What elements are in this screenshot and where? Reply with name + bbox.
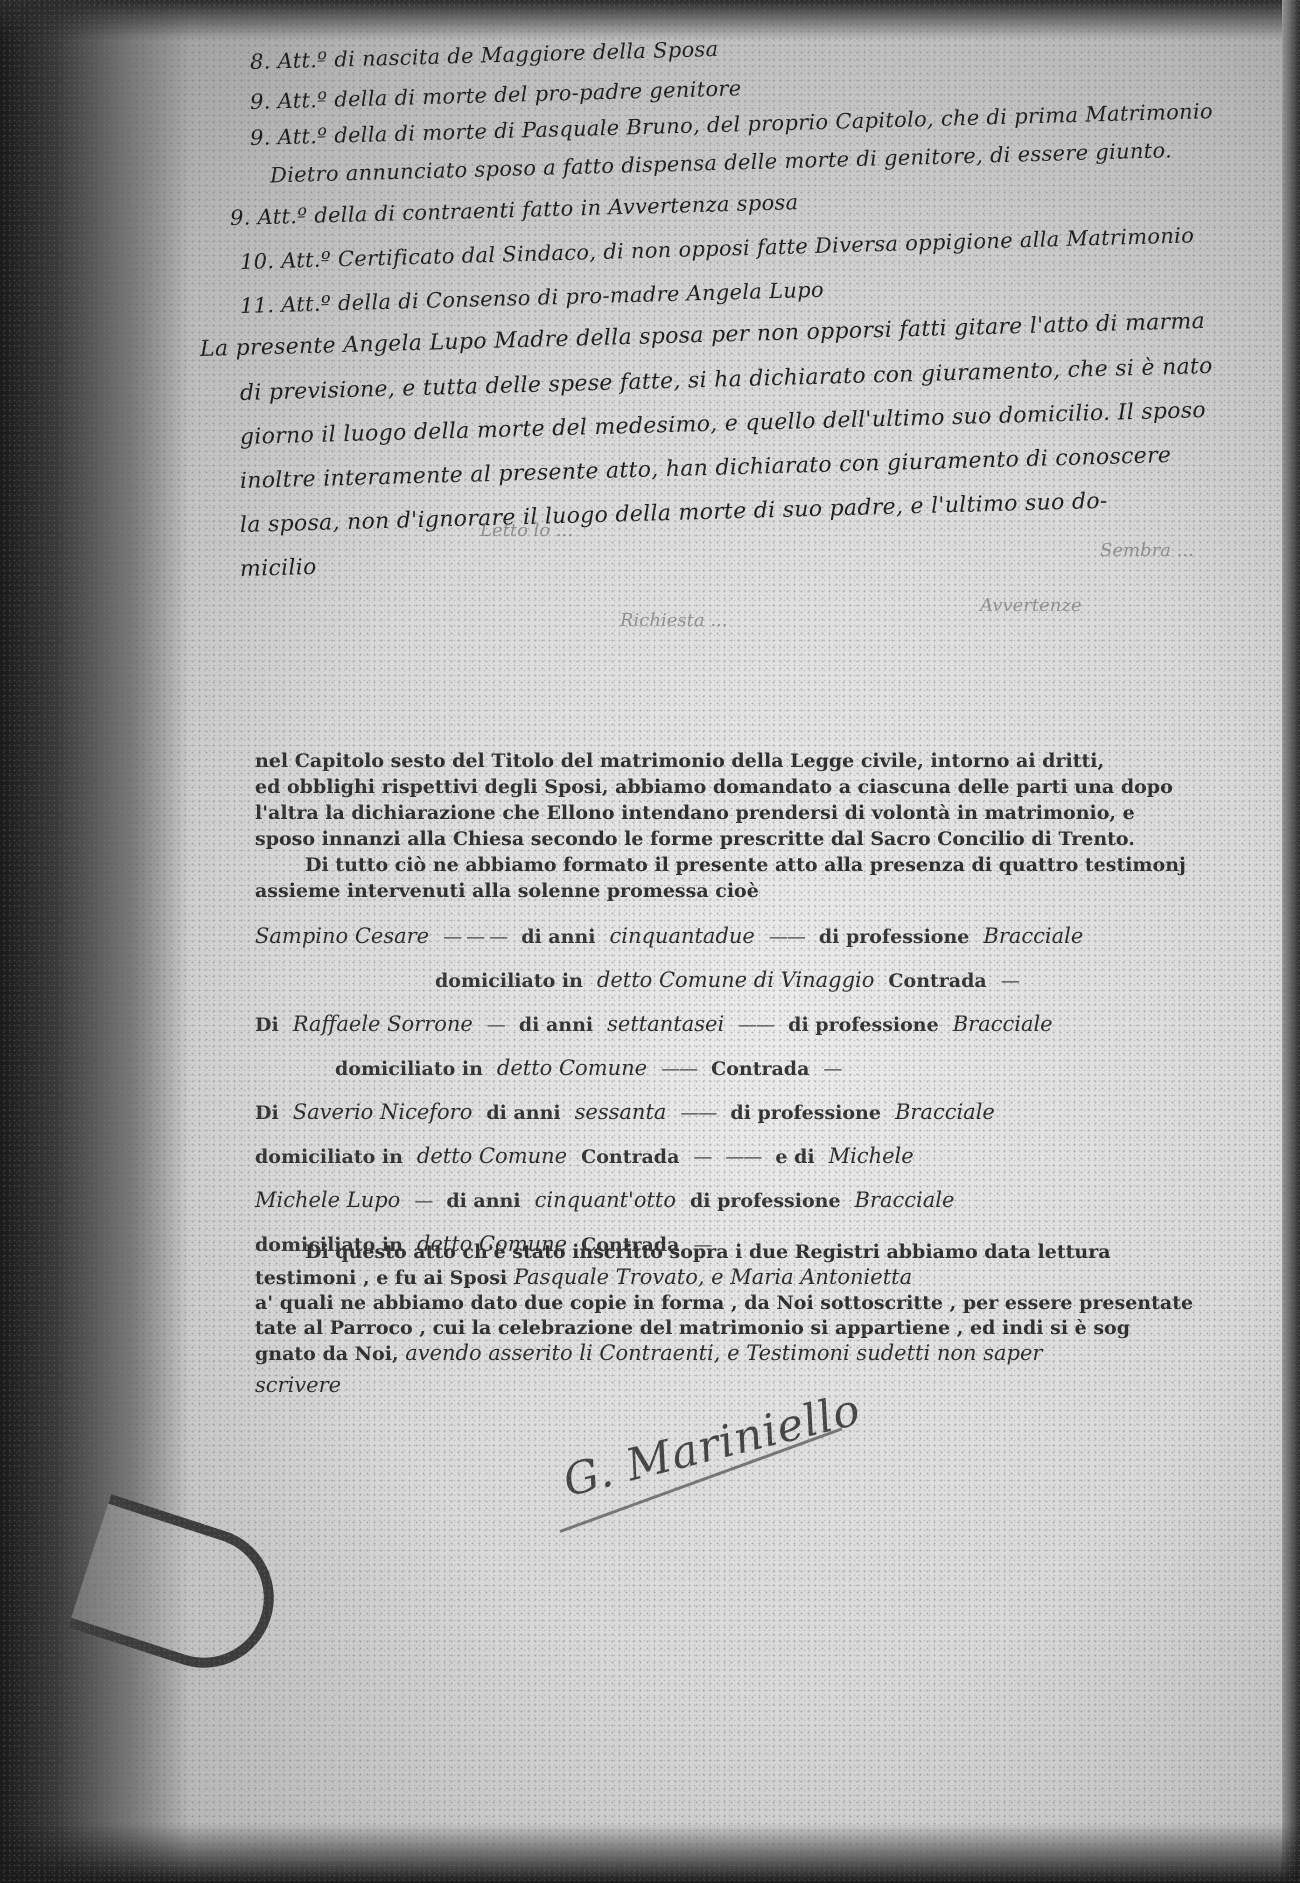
bottom-edge-shadow bbox=[0, 1823, 1300, 1883]
closing-line: a' quali ne abbiamo dato due copie in fo… bbox=[255, 1291, 1205, 1316]
profession-label: di professione bbox=[690, 1179, 841, 1223]
witness-name: Raffaele Sorrone bbox=[293, 1002, 473, 1046]
closing-line: Di questo atto ch'è stato inscritto sopr… bbox=[255, 1240, 1205, 1265]
closing-line: gnato da Noi, avendo asserito li Contrae… bbox=[255, 1341, 1205, 1367]
faint-note: Richiesta ... bbox=[620, 610, 727, 631]
witness-entry: Di Saverio Niceforo di anni sessanta —— … bbox=[255, 1090, 1205, 1178]
witness-intro: e di bbox=[775, 1135, 814, 1179]
witness-name: Saverio Niceforo bbox=[293, 1090, 473, 1134]
printed-line: nel Capitolo sesto del Titolo del matrim… bbox=[255, 748, 1205, 774]
faint-note: Letto lo ... bbox=[480, 520, 573, 541]
domicile-label: domiciliato in bbox=[255, 1135, 403, 1179]
faint-note: Sembra ... bbox=[1100, 540, 1194, 561]
closing-line: tate al Parroco , cui la celebrazione de… bbox=[255, 1316, 1205, 1341]
margin-note: Incominciato ... bbox=[250, 1845, 376, 1864]
domicile-label: domiciliato in bbox=[435, 959, 583, 1003]
witness-profession: Bracciale bbox=[983, 914, 1083, 958]
age-label: di anni bbox=[521, 915, 595, 959]
printed-line: l'altra la dichiarazione che Ellono inte… bbox=[255, 800, 1205, 826]
age-label: di anni bbox=[486, 1091, 560, 1135]
district-label: Contrada bbox=[711, 1047, 809, 1091]
closing-printed: gnato da Noi, bbox=[255, 1343, 399, 1365]
spouses-names: Pasquale Trovato, e Maria Antonietta bbox=[514, 1265, 912, 1289]
scanned-document-page: 8. Att.º di nascita de Maggiore della Sp… bbox=[0, 0, 1300, 1883]
profession-label: di professione bbox=[819, 915, 970, 959]
printed-line: ed obblighi rispettivi degli Sposi, abbi… bbox=[255, 774, 1205, 800]
witness-profession: Bracciale bbox=[855, 1178, 955, 1222]
witness-age: cinquant'otto bbox=[535, 1178, 676, 1222]
witness-domicile: detto Comune bbox=[417, 1134, 567, 1178]
age-label: di anni bbox=[519, 1003, 593, 1047]
witness-domicile: detto Comune bbox=[497, 1046, 647, 1090]
witness-intro: Di bbox=[255, 1003, 279, 1047]
witness-age: settantasei bbox=[607, 1002, 724, 1046]
profession-label: di professione bbox=[730, 1091, 881, 1135]
witness-entry: Di Raffaele Sorrone — di anni settantase… bbox=[255, 1002, 1205, 1090]
witness-age: sessanta bbox=[575, 1090, 667, 1134]
witness-domicile: detto Comune di Vinaggio bbox=[597, 958, 874, 1002]
printed-form-text: nel Capitolo sesto del Titolo del matrim… bbox=[255, 748, 1205, 1266]
witness-district: — bbox=[1001, 959, 1019, 1003]
closing-handwritten: scrivere bbox=[255, 1373, 1205, 1398]
closing-printed: testimoni , e fu ai Sposi bbox=[255, 1267, 507, 1289]
witness-profession: Bracciale bbox=[895, 1090, 995, 1134]
closing-line: testimoni , e fu ai Sposi Pasquale Trova… bbox=[255, 1265, 1205, 1291]
printed-line: assieme intervenuti alla solenne promess… bbox=[255, 878, 1205, 904]
printed-line: Di tutto ciò ne abbiamo formato il prese… bbox=[255, 852, 1205, 878]
domicile-label: domiciliato in bbox=[335, 1047, 483, 1091]
closing-paragraph: Di questo atto ch'è stato inscritto sopr… bbox=[255, 1240, 1205, 1398]
witness-name-first: Michele bbox=[829, 1134, 914, 1178]
closing-handwritten: avendo asserito li Contraenti, e Testimo… bbox=[405, 1341, 1042, 1365]
official-signature: G. Mariniello bbox=[558, 1384, 865, 1507]
witness-name: Sampino Cesare bbox=[255, 914, 429, 958]
witness-name: Michele Lupo bbox=[255, 1178, 400, 1222]
witness-intro: Di bbox=[255, 1091, 279, 1135]
faint-note: Avvertenze bbox=[980, 595, 1081, 616]
right-page-edge bbox=[1282, 0, 1300, 1883]
profession-label: di professione bbox=[788, 1003, 939, 1047]
district-label: Contrada bbox=[888, 959, 986, 1003]
witness-district: — bbox=[823, 1047, 841, 1091]
witness-entry: Sampino Cesare — — — di anni cinquantadu… bbox=[255, 914, 1205, 1002]
printed-line: sposo innanzi alla Chiesa secondo le for… bbox=[255, 826, 1205, 852]
district-label: Contrada bbox=[581, 1135, 679, 1179]
age-label: di anni bbox=[446, 1179, 520, 1223]
witness-age: cinquantadue bbox=[609, 914, 754, 958]
handwritten-header: 8. Att.º di nascita de Maggiore della Sp… bbox=[250, 40, 1150, 592]
witness-district: — bbox=[693, 1135, 711, 1179]
witness-profession: Bracciale bbox=[953, 1002, 1053, 1046]
